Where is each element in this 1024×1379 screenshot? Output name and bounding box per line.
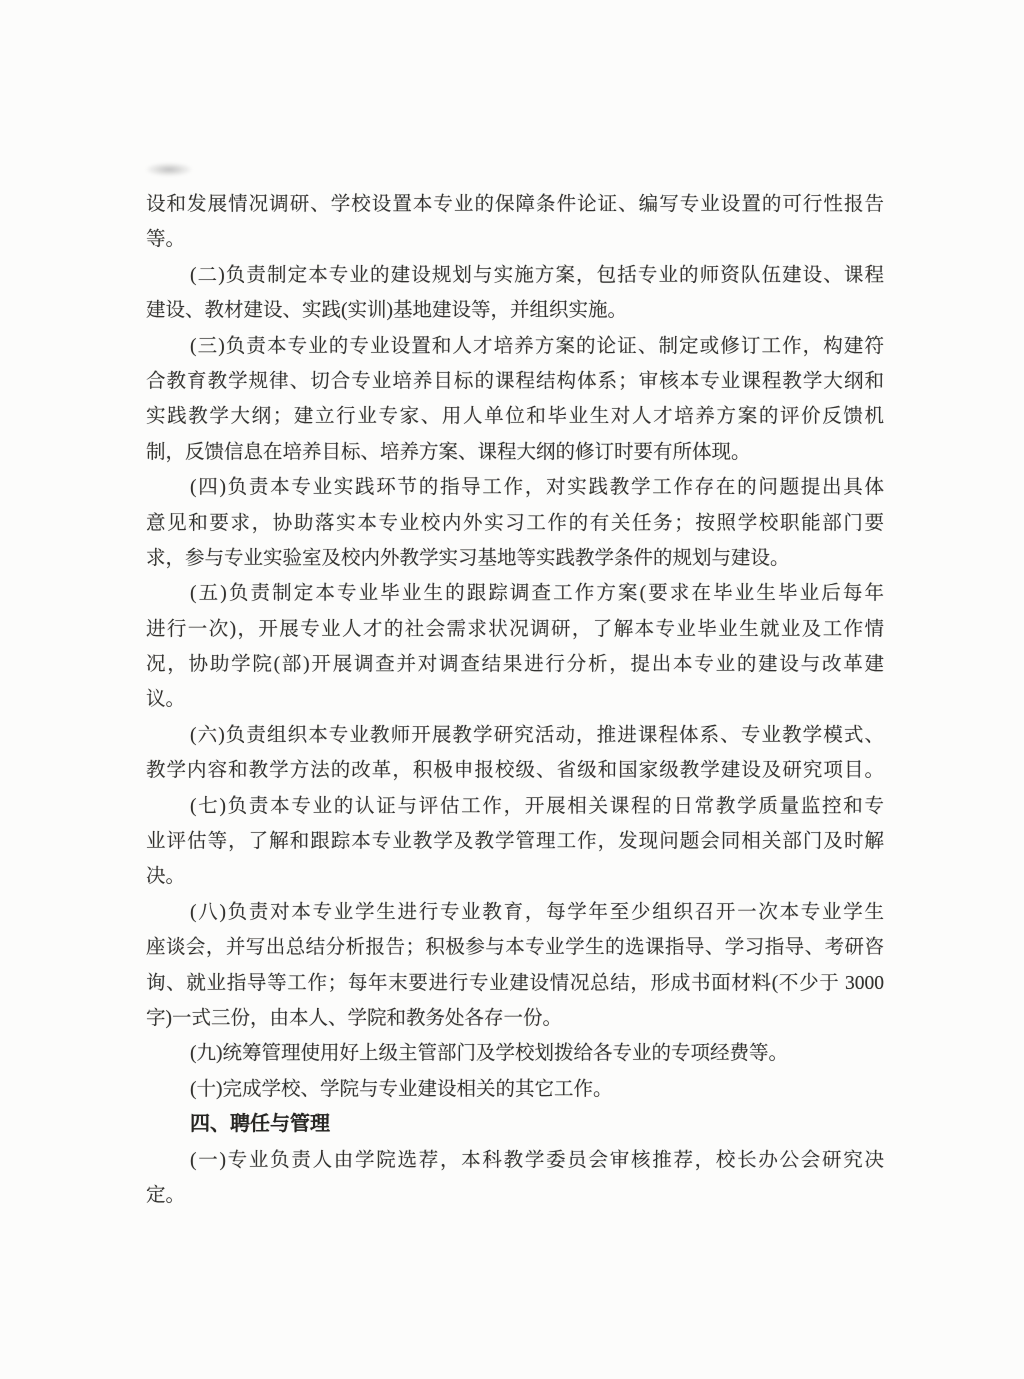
text-line: (二)负责制定本专业的建设规划与实施方案，包括专业的师资队伍建设、课程 bbox=[146, 258, 884, 293]
text-line: (四)负责本专业实践环节的指导工作，对实践教学工作存在的问题提出具体 bbox=[146, 470, 884, 505]
text-line: (七)负责本专业的认证与评估工作，开展相关课程的日常教学质量监控和专 bbox=[146, 789, 884, 824]
text-line: (六)负责组织本专业教师开展教学研究活动，推进课程体系、专业教学模式、 bbox=[146, 718, 884, 753]
text-line: 合教育教学规律、切合专业培养目标的课程结构体系；审核本专业课程教学大纲和 bbox=[146, 364, 884, 399]
text-line: 业评估等，了解和跟踪本专业教学及教学管理工作，发现问题会同相关部门及时解 bbox=[146, 824, 884, 859]
text-line: 座谈会，并写出总结分析报告；积极参与本专业学生的选课指导、学习指导、考研咨 bbox=[146, 930, 884, 965]
text-line: 等。 bbox=[146, 222, 884, 257]
text-line: 议。 bbox=[146, 682, 884, 717]
text-line: 进行一次)，开展专业人才的社会需求状况调研，了解本专业毕业生就业及工作情 bbox=[146, 612, 884, 647]
text-line: 制，反馈信息在培养目标、培养方案、课程大纲的修订时要有所体现。 bbox=[146, 435, 884, 470]
text-line: 意见和要求，协助落实本专业校内外实习工作的有关任务；按照学校职能部门要 bbox=[146, 506, 884, 541]
text-line: 字)一式三份，由本人、学院和教务处各存一份。 bbox=[146, 1001, 884, 1036]
text-line: (八)负责对本专业学生进行专业教育，每学年至少组织召开一次本专业学生 bbox=[146, 895, 884, 930]
document-page: 设和发展情况调研、学校设置本专业的保障条件论证、编写专业设置的可行性报告等。(二… bbox=[0, 0, 1024, 1379]
text-line: (九)统筹管理使用好上级主管部门及学校划拨给各专业的专项经费等。 bbox=[146, 1036, 884, 1071]
text-line: 询、就业指导等工作；每年末要进行专业建设情况总结，形成书面材料(不少于 3000 bbox=[146, 966, 884, 1001]
section-heading: 四、聘任与管理 bbox=[146, 1107, 884, 1142]
text-line: 决。 bbox=[146, 859, 884, 894]
text-line: (一)专业负责人由学院选荐，本科教学委员会审核推荐，校长办公会研究决 bbox=[146, 1143, 884, 1178]
text-line: 求，参与专业实验室及校内外教学实习基地等实践教学条件的规划与建设。 bbox=[146, 541, 884, 576]
scan-smudge-mark bbox=[146, 163, 192, 176]
text-line: 设和发展情况调研、学校设置本专业的保障条件论证、编写专业设置的可行性报告 bbox=[146, 187, 884, 222]
text-line: 况，协助学院(部)开展调查并对调查结果进行分析，提出本专业的建设与改革建 bbox=[146, 647, 884, 682]
text-block: 设和发展情况调研、学校设置本专业的保障条件论证、编写专业设置的可行性报告等。(二… bbox=[146, 187, 884, 1213]
text-line: (三)负责本专业的专业设置和人才培养方案的论证、制定或修订工作，构建符 bbox=[146, 329, 884, 364]
text-line: 实践教学大纲；建立行业专家、用人单位和毕业生对人才培养方案的评价反馈机 bbox=[146, 399, 884, 434]
scanned-document-screenshot: { "page": { "background": "#fcfcfb", "te… bbox=[0, 0, 1024, 1379]
text-line: (五)负责制定本专业毕业生的跟踪调查工作方案(要求在毕业生毕业后每年 bbox=[146, 576, 884, 611]
text-line: 定。 bbox=[146, 1178, 884, 1213]
text-line: 建设、教材建设、实践(实训)基地建设等，并组织实施。 bbox=[146, 293, 884, 328]
text-line: (十)完成学校、学院与专业建设相关的其它工作。 bbox=[146, 1072, 884, 1107]
text-line: 教学内容和教学方法的改革，积极申报校级、省级和国家级教学建设及研究项目。 bbox=[146, 753, 884, 788]
